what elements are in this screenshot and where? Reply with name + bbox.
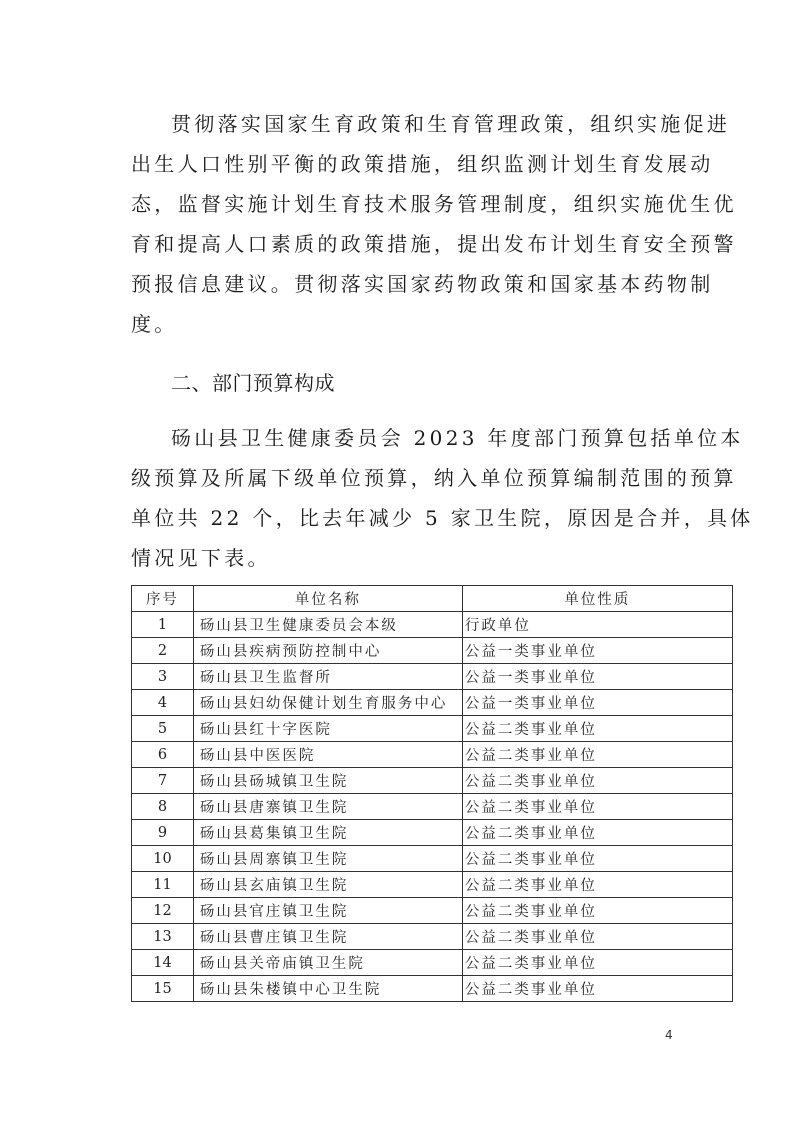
header-index: 序号 [132, 586, 194, 612]
cell-index: 12 [132, 898, 194, 924]
cell-index: 9 [132, 820, 194, 846]
paragraph-line: 贯彻落实国家生育政策和生育管理政策，组织实施促进 [131, 104, 731, 144]
cell-unit-name: 砀山县妇幼保健计划生育服务中心 [193, 690, 462, 716]
cell-unit-nature: 公益一类事业单位 [462, 664, 732, 690]
paragraph-line: 出生人口性别平衡的政策措施，组织监测计划生育发展动 [131, 144, 731, 184]
cell-unit-nature: 公益二类事业单位 [462, 820, 732, 846]
cell-unit-nature: 公益二类事业单位 [462, 898, 732, 924]
cell-unit-name: 砀山县玄庙镇卫生院 [193, 872, 462, 898]
table-row: 8 砀山县唐寨镇卫生院 公益二类事业单位 [132, 794, 733, 820]
paragraph-line: 度。 [131, 304, 731, 344]
section-two-paragraph: 砀山县卫生健康委员会 2023 年度部门预算包括单位本 级预算及所属下级单位预算… [131, 418, 731, 578]
paragraph-line: 砀山县卫生健康委员会 2023 年度部门预算包括单位本 [131, 418, 731, 458]
cell-unit-name: 砀山县唐寨镇卫生院 [193, 794, 462, 820]
cell-unit-name: 砀山县疾病预防控制中心 [193, 638, 462, 664]
table-header-row: 序号 单位名称 单位性质 [132, 586, 733, 612]
cell-unit-nature: 公益二类事业单位 [462, 846, 732, 872]
cell-unit-name: 砀山县卫生健康委员会本级 [193, 612, 462, 638]
table-row: 1 砀山县卫生健康委员会本级 行政单位 [132, 612, 733, 638]
cell-unit-nature: 行政单位 [462, 612, 732, 638]
cell-unit-name: 砀山县曹庄镇卫生院 [193, 924, 462, 950]
cell-unit-nature: 公益二类事业单位 [462, 716, 732, 742]
cell-index: 7 [132, 768, 194, 794]
paragraph-line: 态，监督实施计划生育技术服务管理制度，组织实施优生优 [131, 184, 731, 224]
table-row: 6 砀山县中医医院 公益二类事业单位 [132, 742, 733, 768]
cell-unit-nature: 公益二类事业单位 [462, 976, 732, 1002]
cell-index: 5 [132, 716, 194, 742]
cell-index: 4 [132, 690, 194, 716]
table-row: 13 砀山县曹庄镇卫生院 公益二类事业单位 [132, 924, 733, 950]
paragraph-line: 级预算及所属下级单位预算，纳入单位预算编制范围的预算 [131, 458, 731, 498]
table-row: 5 砀山县红十字医院 公益二类事业单位 [132, 716, 733, 742]
cell-unit-nature: 公益二类事业单位 [462, 872, 732, 898]
paragraph-line: 情况见下表。 [131, 538, 731, 578]
paragraph-line: 预报信息建议。贯彻落实国家药物政策和国家基本药物制 [131, 264, 731, 304]
cell-unit-name: 砀山县官庄镇卫生院 [193, 898, 462, 924]
header-unit-name: 单位名称 [193, 586, 462, 612]
table-row: 15 砀山县朱楼镇中心卫生院 公益二类事业单位 [132, 976, 733, 1002]
table-row: 2 砀山县疾病预防控制中心 公益一类事业单位 [132, 638, 733, 664]
section-one-paragraph: 贯彻落实国家生育政策和生育管理政策，组织实施促进 出生人口性别平衡的政策措施，组… [131, 104, 731, 344]
cell-unit-nature: 公益二类事业单位 [462, 950, 732, 976]
cell-unit-nature: 公益二类事业单位 [462, 924, 732, 950]
table-row: 7 砀山县砀城镇卫生院 公益二类事业单位 [132, 768, 733, 794]
cell-unit-nature: 公益一类事业单位 [462, 690, 732, 716]
cell-unit-nature: 公益二类事业单位 [462, 794, 732, 820]
table-row: 9 砀山县葛集镇卫生院 公益二类事业单位 [132, 820, 733, 846]
cell-unit-nature: 公益一类事业单位 [462, 638, 732, 664]
cell-unit-name: 砀山县中医医院 [193, 742, 462, 768]
cell-unit-name: 砀山县周寨镇卫生院 [193, 846, 462, 872]
cell-index: 1 [132, 612, 194, 638]
cell-unit-name: 砀山县关帝庙镇卫生院 [193, 950, 462, 976]
table-row: 4 砀山县妇幼保健计划生育服务中心 公益一类事业单位 [132, 690, 733, 716]
cell-unit-name: 砀山县红十字医院 [193, 716, 462, 742]
paragraph-line: 育和提高人口素质的政策措施，提出发布计划生育安全预警 [131, 224, 731, 264]
cell-index: 10 [132, 846, 194, 872]
cell-unit-name: 砀山县朱楼镇中心卫生院 [193, 976, 462, 1002]
cell-unit-nature: 公益二类事业单位 [462, 768, 732, 794]
table-row: 10 砀山县周寨镇卫生院 公益二类事业单位 [132, 846, 733, 872]
table-row: 3 砀山县卫生监督所 公益一类事业单位 [132, 664, 733, 690]
cell-index: 6 [132, 742, 194, 768]
cell-index: 8 [132, 794, 194, 820]
section-two-heading: 二、部门预算构成 [171, 368, 335, 398]
cell-unit-nature: 公益二类事业单位 [462, 742, 732, 768]
budget-units-table: 序号 单位名称 单位性质 1 砀山县卫生健康委员会本级 行政单位 2 砀山县疾病… [131, 585, 733, 1002]
page-number: 4 [665, 1028, 673, 1042]
cell-index: 13 [132, 924, 194, 950]
table-row: 12 砀山县官庄镇卫生院 公益二类事业单位 [132, 898, 733, 924]
table-row: 14 砀山县关帝庙镇卫生院 公益二类事业单位 [132, 950, 733, 976]
cell-unit-name: 砀山县卫生监督所 [193, 664, 462, 690]
cell-index: 14 [132, 950, 194, 976]
header-unit-nature: 单位性质 [462, 586, 732, 612]
paragraph-line: 单位共 22 个，比去年减少 5 家卫生院，原因是合并，具体 [131, 498, 731, 538]
cell-index: 11 [132, 872, 194, 898]
cell-unit-name: 砀山县砀城镇卫生院 [193, 768, 462, 794]
cell-index: 2 [132, 638, 194, 664]
cell-index: 3 [132, 664, 194, 690]
table-row: 11 砀山县玄庙镇卫生院 公益二类事业单位 [132, 872, 733, 898]
cell-unit-name: 砀山县葛集镇卫生院 [193, 820, 462, 846]
cell-index: 15 [132, 976, 194, 1002]
